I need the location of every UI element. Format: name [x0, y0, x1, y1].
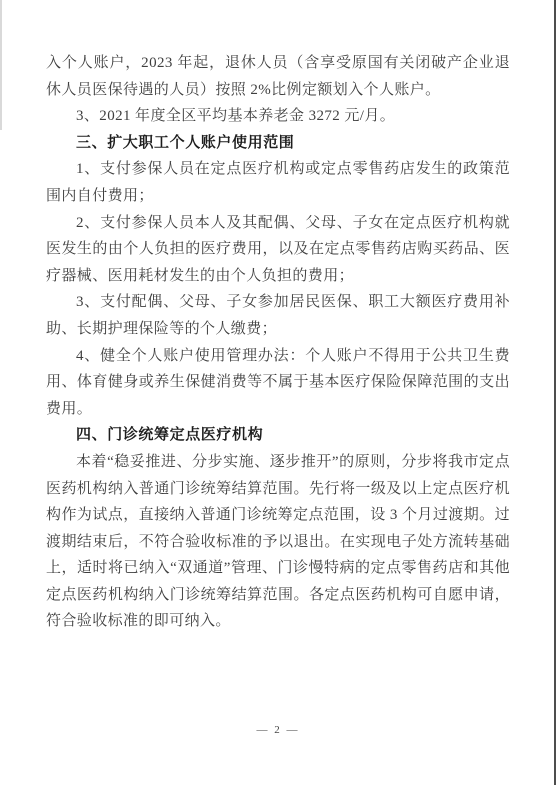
paragraph: 3、支付配偶、父母、子女参加居民医保、职工大额医疗费用补助、长期护理保险等的个人…: [46, 289, 510, 342]
document-body: 入个人账户，2023 年起，退休人员（含享受原国有关闭破产企业退休人员医保待遇的…: [46, 50, 510, 635]
document-page: 入个人账户，2023 年起，退休人员（含享受原国有关闭破产企业退休人员医保待遇的…: [0, 0, 556, 785]
paragraph: 本着“稳妥推进、分步实施、逐步推开”的原则，分步将我市定点医药机构纳入普通门诊统…: [46, 449, 510, 635]
section-heading: 三、扩大职工个人账户使用范围: [46, 130, 510, 157]
section-heading: 四、门诊统筹定点医疗机构: [46, 422, 510, 449]
paragraph: 1、支付参保人员在定点医疗机构或定点零售药店发生的政策范围内自付费用；: [46, 156, 510, 209]
paragraph: 4、健全个人账户使用管理办法：个人账户不得用于公共卫生费用、体育健身或养生保健消…: [46, 343, 510, 423]
paragraph: 3、2021 年度全区平均基本养老金 3272 元/月。: [46, 103, 510, 130]
paragraph: 入个人账户，2023 年起，退休人员（含享受原国有关闭破产企业退休人员医保待遇的…: [46, 50, 510, 103]
paragraph: 2、支付参保人员本人及其配偶、父母、子女在定点医疗机构就医发生的由个人负担的医疗…: [46, 210, 510, 290]
scan-artifact-left: [0, 0, 2, 130]
page-number: — 2 —: [0, 722, 556, 738]
